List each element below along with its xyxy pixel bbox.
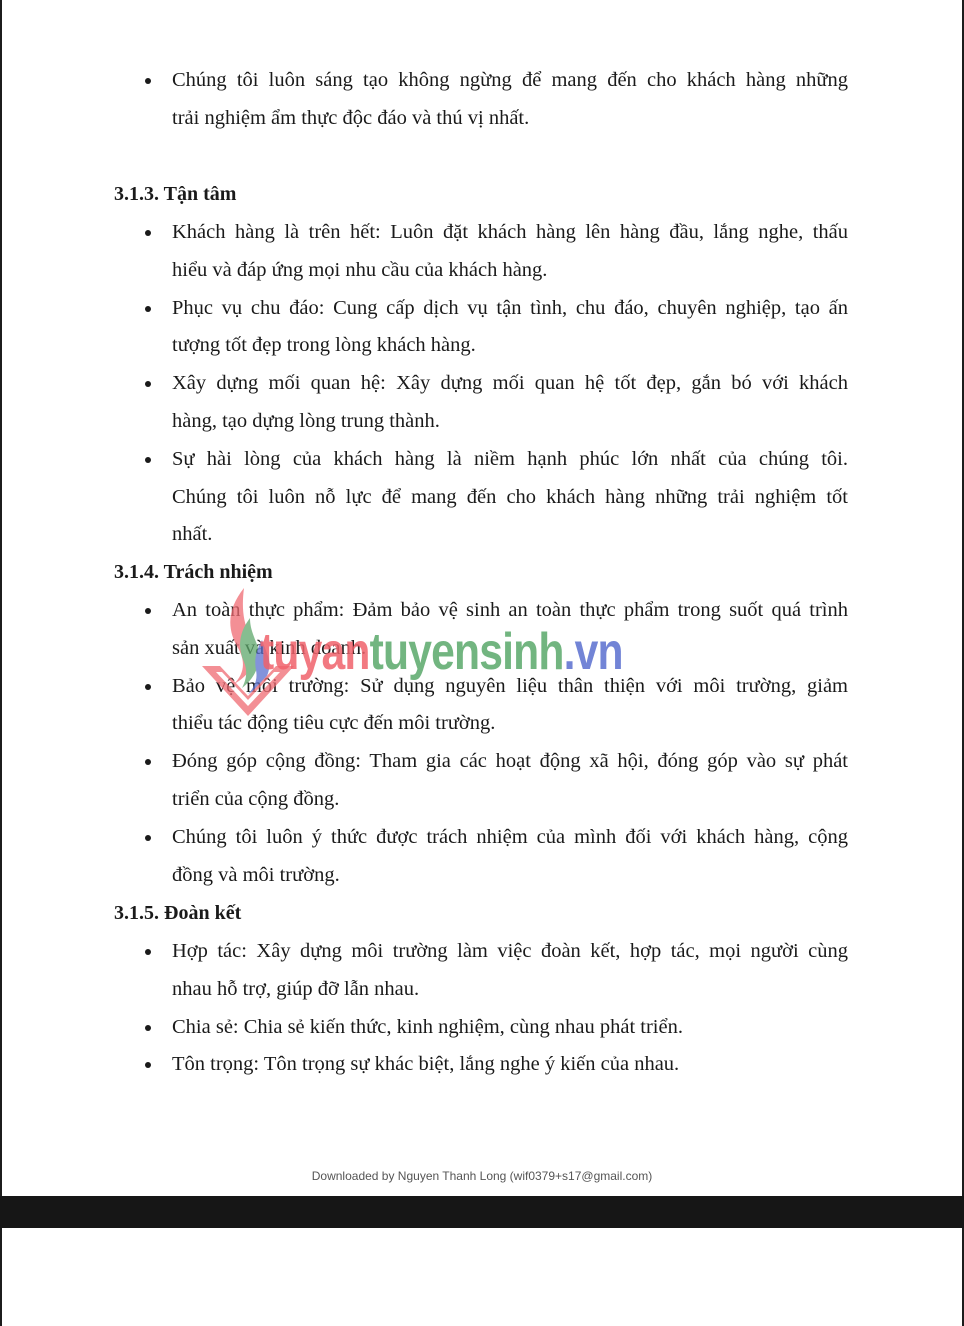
- page-footer: Downloaded by Nguyen Thanh Long (wif0379…: [2, 1169, 962, 1183]
- list-item-text: Phục vụ chu đáo: Cung cấp dịch vụ tận tì…: [172, 296, 848, 320]
- list-item-text: thiểu tác động tiêu cực đến môi trường.: [172, 711, 848, 735]
- list-item-text: Sự hài lòng của khách hàng là niềm hạnh …: [172, 447, 848, 471]
- list-item-text: Khách hàng là trên hết: Luôn đặt khách h…: [172, 220, 848, 244]
- document-page: Chúng tôi luôn sáng tạo không ngừng để m…: [2, 0, 962, 1196]
- bullet-icon: [145, 1025, 151, 1031]
- list-item-text: Chia sẻ: Chia sẻ kiến thức, kinh nghiệm,…: [172, 1015, 848, 1039]
- bullet-icon: [145, 608, 151, 614]
- list-item-text: An toàn thực phẩm: Đảm bảo vệ sinh an to…: [172, 598, 848, 622]
- bullet-icon: [145, 381, 151, 387]
- list-item-text: đồng và môi trường.: [172, 863, 848, 887]
- list-item-text: tượng tốt đẹp trong lòng khách hàng.: [172, 333, 848, 357]
- bullet-icon: [145, 684, 151, 690]
- section-heading: 3.1.4. Trách nhiệm: [114, 560, 273, 584]
- list-item-text: Đóng góp cộng đồng: Tham gia các hoạt độ…: [172, 749, 848, 773]
- section-heading: 3.1.3. Tận tâm: [114, 182, 236, 206]
- list-item-text: triển của cộng đồng.: [172, 787, 848, 811]
- bullet-icon: [145, 1062, 151, 1068]
- bullet-icon: [145, 949, 151, 955]
- list-item-text: Bảo vệ môi trường: Sử dụng nguyên liệu t…: [172, 674, 848, 698]
- list-item-text: hàng, tạo dựng lòng trung thành.: [172, 409, 848, 433]
- list-item-text: trải nghiệm ẩm thực độc đáo và thú vị nh…: [172, 106, 848, 130]
- bullet-icon: [145, 306, 151, 312]
- bullet-icon: [145, 230, 151, 236]
- list-item-text: Xây dựng mối quan hệ: Xây dựng mối quan …: [172, 371, 848, 395]
- list-item-text: hiểu và đáp ứng mọi nhu cầu của khách hà…: [172, 258, 848, 282]
- list-item-text: Hợp tác: Xây dựng môi trường làm việc đo…: [172, 939, 848, 963]
- section-heading: 3.1.5. Đoàn kết: [114, 901, 241, 925]
- bullet-icon: [145, 457, 151, 463]
- list-item-text: Chúng tôi luôn nỗ lực để mang đến cho kh…: [172, 485, 848, 509]
- next-document-page: [2, 1228, 962, 1326]
- bullet-icon: [145, 759, 151, 765]
- list-item-text: Chúng tôi luôn ý thức được trách nhiệm c…: [172, 825, 848, 849]
- list-item-text: Tôn trọng: Tôn trọng sự khác biệt, lắng …: [172, 1052, 848, 1076]
- list-item-text: sản xuất và kinh doanh.: [172, 636, 848, 660]
- bullet-icon: [145, 835, 151, 841]
- list-item-text: nhau hỗ trợ, giúp đỡ lẫn nhau.: [172, 977, 848, 1001]
- list-item-text: Chúng tôi luôn sáng tạo không ngừng để m…: [172, 68, 848, 92]
- bullet-icon: [145, 78, 151, 84]
- page-separator: [0, 1196, 964, 1228]
- list-item-text: nhất.: [172, 522, 848, 546]
